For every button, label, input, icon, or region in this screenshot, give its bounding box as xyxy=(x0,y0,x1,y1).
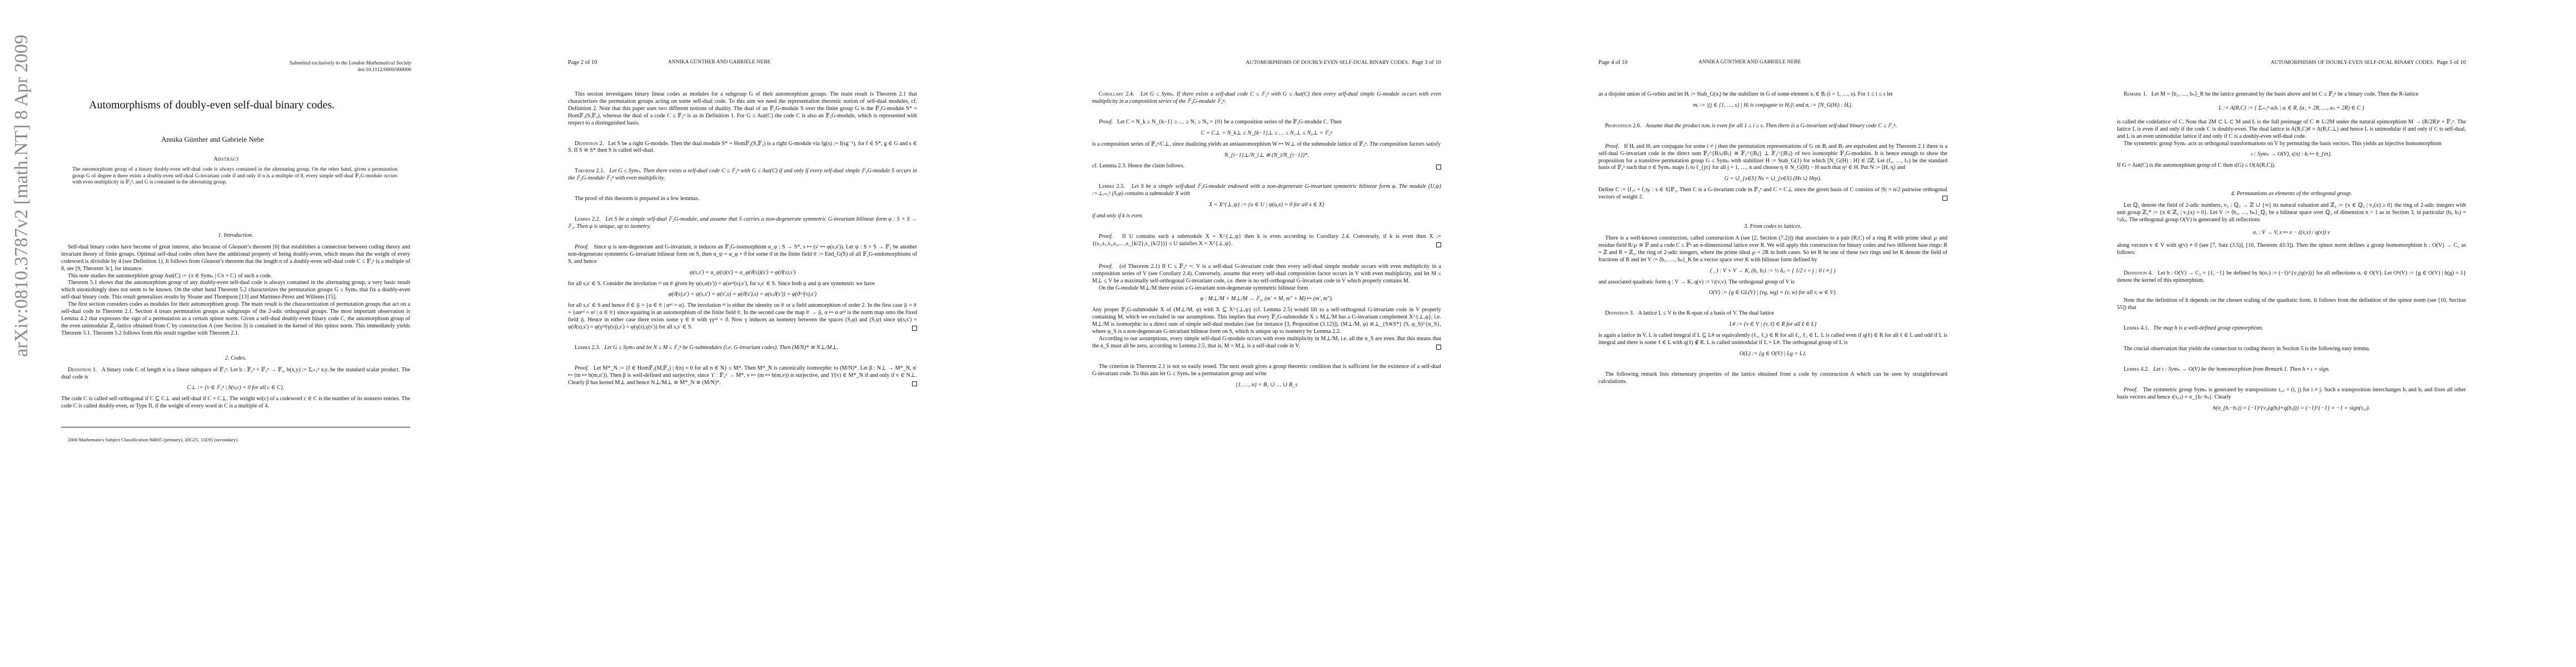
equation: mᵢ := |{j ∈ {1, …, s} | Hᵢ is conjugate … xyxy=(1598,102,1947,109)
proposition-label: Proposition 2.6. xyxy=(1605,123,1641,129)
paragraph: along vectors v ∈ V with q(v) ≠ 0 (see [… xyxy=(2117,242,2466,257)
section-heading-introduction: 1. Introduction. xyxy=(61,232,410,240)
remark-text: is called the codelattice of C. Note tha… xyxy=(2117,119,2466,141)
page-3-header: AUTOMORPHISMS OF DOUBLY-EVEN SELF-DUAL B… xyxy=(1092,59,1441,66)
remark-text: The symmetric group Symₙ acts as orthogo… xyxy=(2117,141,2466,148)
proof-label: Proof. xyxy=(575,365,589,371)
equation: h(σ_{bᵢ−bⱼ}) = (−1)^{v₂(q(bᵢ)+q(bⱼ))} = … xyxy=(2117,405,2466,412)
running-head: AUTOMORPHISMS OF DOUBLY-EVEN SELF-DUAL B… xyxy=(2271,60,2434,66)
page-4-header: Page 4 of 10 ANNIKA GÜNTHER AND GABRIELE… xyxy=(1598,59,1947,66)
definition-label: Definition 4. xyxy=(2124,270,2153,276)
lemma-2-2: Lemma 2.2. Let S be a simple self-dual 𝔽… xyxy=(568,216,917,231)
proof-lemma-2-2: Proof. Since φ is non-degenerate and G-i… xyxy=(568,244,917,266)
lemma-2-3: Lemma 2.3. Let G ≤ Symₙ and let N ≤ M ≤ … xyxy=(568,345,917,352)
proof-text: Define C := ⟨f₁ₛ + f₁ηₛ : s ∈ S⟩𝔽₂. Then… xyxy=(1598,187,1947,201)
page-4-body: as a disjoint union of G-orbits and let … xyxy=(1598,91,1947,386)
proof-text: According to our assumptions, every simp… xyxy=(1092,336,1441,350)
running-head: AUTOMORPHISMS OF DOUBLY-EVEN SELF-DUAL B… xyxy=(1246,60,1409,66)
paragraph: This section investigates binary linear … xyxy=(568,91,917,127)
equation: N_{i−1}⊥/N_i⊥ ≅ (N_i/N_{i−1})*, xyxy=(1092,152,1441,160)
proposition-2-6: Proposition 2.6. Assume that the product… xyxy=(1598,123,1947,130)
equation: ψ(s,s′) = α_ψ(s)(s′) = α_φ(ϑ(s))(s′) = φ… xyxy=(568,270,917,277)
lemma-2-5: Lemma 2.5. Let S be a simple self-dual 𝔽… xyxy=(1092,183,1441,198)
definition-text: is again a lattice in V. L is called int… xyxy=(1598,332,1947,347)
proof-text: Any proper 𝔽₂G-submodule X of (M⊥/M, φ) … xyxy=(1092,307,1441,336)
journal-note: Submitted exclusively to the London Math… xyxy=(228,60,411,73)
lemma-label: Lemma 2.5. xyxy=(1099,183,1125,190)
proof-text-end: Define C := ⟨f₁ₛ + f₁ηₛ : s ∈ S⟩𝔽₂. Then… xyxy=(1598,187,1947,200)
proof-label: Proof. xyxy=(1099,233,1113,240)
qed-symbol xyxy=(912,326,917,331)
proof-corollary-2-4: Proof. Let C = N_k ≥ N_{k−1} ≥ … ≥ N₁ ≥ … xyxy=(1092,119,1441,126)
submitted-line: Submitted exclusively to the London Math… xyxy=(228,60,411,67)
proof-text: for all s,s′ ∈ S. Consider the involutio… xyxy=(568,281,917,288)
paper-title: Automorphisms of doubly-even self-dual b… xyxy=(89,99,335,112)
lemma-label: Lemma 2.3. xyxy=(575,345,600,351)
proof-label: Proof. xyxy=(1099,263,1113,270)
remark-1: Remark 1. Let M = ⟨b₁, …, bₙ⟩_R be the l… xyxy=(2117,91,2466,98)
page-1-body: 1. Introduction. Self-dual binary codes … xyxy=(61,232,410,444)
lemma-text: The map h is a well-defined group epimor… xyxy=(2153,325,2263,331)
proof-reference: (of Theorem 2.1) xyxy=(1119,263,1160,270)
definition-text: A binary code C of length n is a linear … xyxy=(61,367,410,380)
proof-lemma-2-5: Proof. If U contains such a submodule X … xyxy=(1092,233,1441,248)
doi-line: doi:10.1112/0000/000000 xyxy=(228,67,411,73)
proof-lemma-2-3: Proof. Let M*_N := {f ∈ Hom𝔽₂(M,𝔽₂) | f(… xyxy=(568,365,917,387)
definition-4: Definition 4. Let h : O(V) → C₂ = {1, −1… xyxy=(2117,270,2466,285)
page-3: AUTOMORPHISMS OF DOUBLY-EVEN SELF-DUAL B… xyxy=(1030,0,1546,667)
proof-label: Proof. xyxy=(1099,119,1113,125)
page-number: Page 4 of 10 xyxy=(1598,59,1627,66)
paragraph: There is a well-known construction, call… xyxy=(1598,235,1947,264)
footnote-rule xyxy=(61,427,410,427)
qed-symbol xyxy=(1436,165,1441,170)
lemma-text: if and only if k is even. xyxy=(1092,213,1441,220)
paragraph: This note studies the automorphism group… xyxy=(61,273,410,280)
lemma-4-1: Lemma 4.1. The map h is a well-defined g… xyxy=(2117,325,2466,332)
paragraph: The code C is called self-orthogonal if … xyxy=(61,396,410,410)
page-1: arXiv:0810.3787v2 [math.NT] 8 Apr 2009 S… xyxy=(0,0,515,667)
page-5-header: AUTOMORPHISMS OF DOUBLY-EVEN SELF-DUAL B… xyxy=(2117,59,2466,66)
paragraph: as a disjoint union of G-orbits and let … xyxy=(1598,91,1947,98)
abstract-text: The automorphism group of a binary doubl… xyxy=(72,167,397,186)
definition-label: Definition 2. xyxy=(575,141,604,147)
equation: C = C⊥ = N_k⊥ ≤ N_{k−1}⊥ ≤ … ≤ N₁⊥ ≤ N₀⊥… xyxy=(1092,130,1441,137)
corollary-2-4: Corollary 2.4. Let G ≤ Symₙ. If there ex… xyxy=(1092,91,1441,106)
arxiv-stamp: arXiv:0810.3787v2 [math.NT] 8 Apr 2009 xyxy=(11,135,36,357)
proof-label: Proof. xyxy=(2124,387,2137,393)
lemma-label: Lemma 4.1. xyxy=(2124,325,2149,331)
proof-text-end: cf. Lemma 2.3. Hence the claim follows. xyxy=(1092,163,1184,169)
proof-text: If U contains such a submodule X = X^{⊥,… xyxy=(1092,233,1441,247)
lemma-label: Lemma 2.2. xyxy=(575,216,600,222)
proof-lemma-4-2: Proof. The symmetric group Symₙ is gener… xyxy=(2117,387,2466,401)
lemma-text: Let ι : Symₙ → O(V) be the homomorphism … xyxy=(2153,366,2330,372)
proof-label: Proof. xyxy=(575,244,589,250)
definition-label: Definition 3. xyxy=(1605,310,1634,316)
proof-label: Proof. xyxy=(1605,143,1619,150)
theorem-text: Let G ≤ Symₙ. Then there exists a self-d… xyxy=(568,168,917,181)
proof-text: Let C = N_k ≥ N_{k−1} ≥ … ≥ N₁ ≥ N₀ = {0… xyxy=(1117,119,1342,125)
page-3-body: Corollary 2.4. Let G ≤ Symₙ. If there ex… xyxy=(1092,91,1441,392)
running-head: ANNIKA GÜNTHER AND GABRIELE NEBE xyxy=(1698,59,1801,65)
theorem-label: Theorem 2.1. xyxy=(575,168,605,174)
definition-text: Let h : O(V) → C₂ = {1, −1} be defined b… xyxy=(2117,270,2466,283)
equation: ι : Symₙ → O(V), ι(π) : bᵢ ↦ b_{iπ}. xyxy=(2117,151,2466,158)
proof-text: The symmetric group Symₙ is generated by… xyxy=(2117,387,2466,400)
equation: C⊥ := {v ∈ 𝔽₂ⁿ | b(v,c) = 0 for all c ∈ … xyxy=(61,385,410,392)
paragraph: The criterion in Theorem 2.1 is not so e… xyxy=(1092,364,1441,378)
theorem-2-1: Theorem 2.1. Let G ≤ Symₙ. Then there ex… xyxy=(568,168,917,182)
running-head: ANNIKA GÜNTHER AND GABRIELE NEBE xyxy=(668,59,770,65)
paragraph: Self-dual binary codes have become of gr… xyxy=(61,244,410,273)
section-heading-codes: 2. Codes. xyxy=(61,355,410,362)
paragraph: The proof of this theorem is prepared in… xyxy=(568,196,917,203)
corollary-text: Let G ≤ Symₙ. If there exists a self-dua… xyxy=(1092,91,1441,104)
paragraph: The following remark lists elementary pr… xyxy=(1598,371,1947,386)
proof-text: Since φ is non-degenerate and G-invarian… xyxy=(568,244,917,265)
equation: L := A(R,C) := { Σᵢ₌₁ⁿ aᵢbᵢ | aᵢ ∈ R, (a… xyxy=(2117,105,2466,112)
lemma-text: Let G ≤ Symₙ and let N ≤ M ≤ 𝔽₂ⁿ be G-su… xyxy=(604,345,838,351)
page-number: Page 3 of 10 xyxy=(1412,59,1441,66)
page-2-header: Page 2 of 10 ANNIKA GÜNTHER AND GABRIELE… xyxy=(568,59,917,66)
paragraph: The first section considers codes as mod… xyxy=(61,301,410,337)
equation: X = X^{⊥,ψ} := {u ∈ U | ψ(u,x) = 0 for a… xyxy=(1092,202,1441,209)
lemma-text: Let S be a simple self-dual 𝔽₂G-module, … xyxy=(568,216,917,230)
lemma-4-2: Lemma 4.2. Let ι : Symₙ → O(V) be the ho… xyxy=(2117,366,2466,374)
abstract-heading: Abstract xyxy=(213,156,239,162)
definition-1: Definition 1. A binary code C of length … xyxy=(61,367,410,381)
remark-text: Let M = ⟨b₁, …, bₙ⟩_R be the lattice gen… xyxy=(2151,91,2419,97)
proof-text: cf. Lemma 2.3. Hence the claim follows. xyxy=(1092,163,1441,170)
definition-3: Definition 3. A lattice L ≤ V is the R-s… xyxy=(1598,310,1947,317)
equation: {1, …, n} = B₁ ∪̇ … ∪̇ B_s xyxy=(1092,382,1441,389)
page-4: Page 4 of 10 ANNIKA GÜNTHER AND GABRIELE… xyxy=(1546,0,2061,667)
equation: L# := {v ∈ V | (v, ℓ) ∈ R for all ℓ ∈ L} xyxy=(1598,321,1947,328)
remark-label: Remark 1. xyxy=(2124,91,2147,97)
qed-symbol xyxy=(1942,196,1947,201)
definition-text: Let S be a right G-module. Then the dual… xyxy=(568,141,917,154)
definition-2: Definition 2. Let S be a right G-module.… xyxy=(568,141,917,155)
paper-authors: Annika Günther and Gabriele Nebe xyxy=(161,135,264,144)
paragraph: and associated quadratic form q : V → K,… xyxy=(1598,279,1947,286)
section-heading-codes-to-lattices: 3. From codes to lattices. xyxy=(1598,223,1947,231)
corollary-label: Corollary 2.4. xyxy=(1099,91,1134,97)
proof-text: If Hᵢ and Hⱼ are conjugate for some i ≠ … xyxy=(1598,143,1947,171)
page-2: Page 2 of 10 ANNIKA GÜNTHER AND GABRIELE… xyxy=(515,0,1030,667)
proof-theorem-2-1: Proof. (of Theorem 2.1) If C ≤ 𝔽₂ⁿ =: V … xyxy=(1092,263,1441,285)
proof-text-end: for all s,s′ ∈ S and hence ϑ ∈ 𝔉 = {α ∈ … xyxy=(568,302,917,330)
proof-text: Let M*_N := {f ∈ Hom𝔽₂(M,𝔽₂) | f(n) = 0 … xyxy=(568,365,917,386)
remark-text: If G = Aut(C) is the automorphism group … xyxy=(2117,162,2466,170)
equation: G = ∪̇_{s∈S} Ns = ∪̇_{s∈S} (Hs ∪̇ Hηs). xyxy=(1598,176,1947,183)
definition-text: A lattice L ≤ V is the R-span of a basis… xyxy=(1638,310,1774,316)
footnote-msc: 2000 Mathematics Subject Classification … xyxy=(61,436,410,444)
section-heading-permutations: 4. Permutations as elements of the ortho… xyxy=(2117,191,2466,198)
page-2-body: This section investigates binary linear … xyxy=(568,91,917,387)
page-5: AUTOMORPHISMS OF DOUBLY-EVEN SELF-DUAL B… xyxy=(2061,0,2576,667)
equation: φ(ϑ(s),s′) = ψ(s,s′) = ψ(s′,s) = φ(ϑ(s′)… xyxy=(568,291,917,298)
paragraph: The crucial observation that yields the … xyxy=(2117,346,2466,353)
lemma-text: Let S be a simple self-dual 𝔽₂G-module e… xyxy=(1092,183,1441,197)
lemma-label: Lemma 4.2. xyxy=(2124,366,2149,372)
proof-proposition-2-6: Proof. If Hᵢ and Hⱼ are conjugate for so… xyxy=(1598,143,1947,172)
proof-text-end: According to our assumptions, every simp… xyxy=(1092,336,1441,349)
definition-label: Definition 1. xyxy=(68,367,97,373)
equation: φ : M⊥/M × M⊥/M → 𝔽₂, (m′ + M, m″ + M) ↦… xyxy=(1092,296,1441,303)
proof-text: is a composition series of 𝔽₂ⁿ/C⊥, since… xyxy=(1092,141,1441,148)
equation: O(L) := {g ∈ O(V) | Lg = L}. xyxy=(1598,351,1947,358)
equation: ( , ) : V × V → K, (bᵢ, bⱼ) := ½ δᵢⱼ = {… xyxy=(1598,268,1947,275)
qed-symbol xyxy=(1436,345,1441,350)
qed-symbol xyxy=(1436,242,1441,247)
paragraph: Note that the definition of h depends on… xyxy=(2117,297,2466,312)
proof-text: for all s,s′ ∈ S and hence ϑ ∈ 𝔉 = {α ∈ … xyxy=(568,302,917,331)
page-number: Page 2 of 10 xyxy=(568,59,597,66)
paragraph: Theorem 5.1 shows that the automorphism … xyxy=(61,280,410,301)
equation: σᵥ : V → V, x ↦ x − ((x,v) / q(v)) v xyxy=(2117,230,2466,237)
page-5-body: Remark 1. Let M = ⟨b₁, …, bₙ⟩_R be the l… xyxy=(2117,91,2466,416)
proposition-text: Assume that the product nᵢmᵢ is even for… xyxy=(1646,123,1897,129)
qed-symbol xyxy=(912,381,917,386)
proof-text: On the G-module M⊥/M there exists a G-in… xyxy=(1092,285,1441,292)
page-number: Page 5 of 10 xyxy=(2437,59,2466,66)
paragraph: Let ℚ₂ denote the field of 2-adic number… xyxy=(2117,202,2466,224)
equation: O(V) := {g ∈ GL(V) | (vg, wg) = (v, w) f… xyxy=(1598,290,1947,297)
